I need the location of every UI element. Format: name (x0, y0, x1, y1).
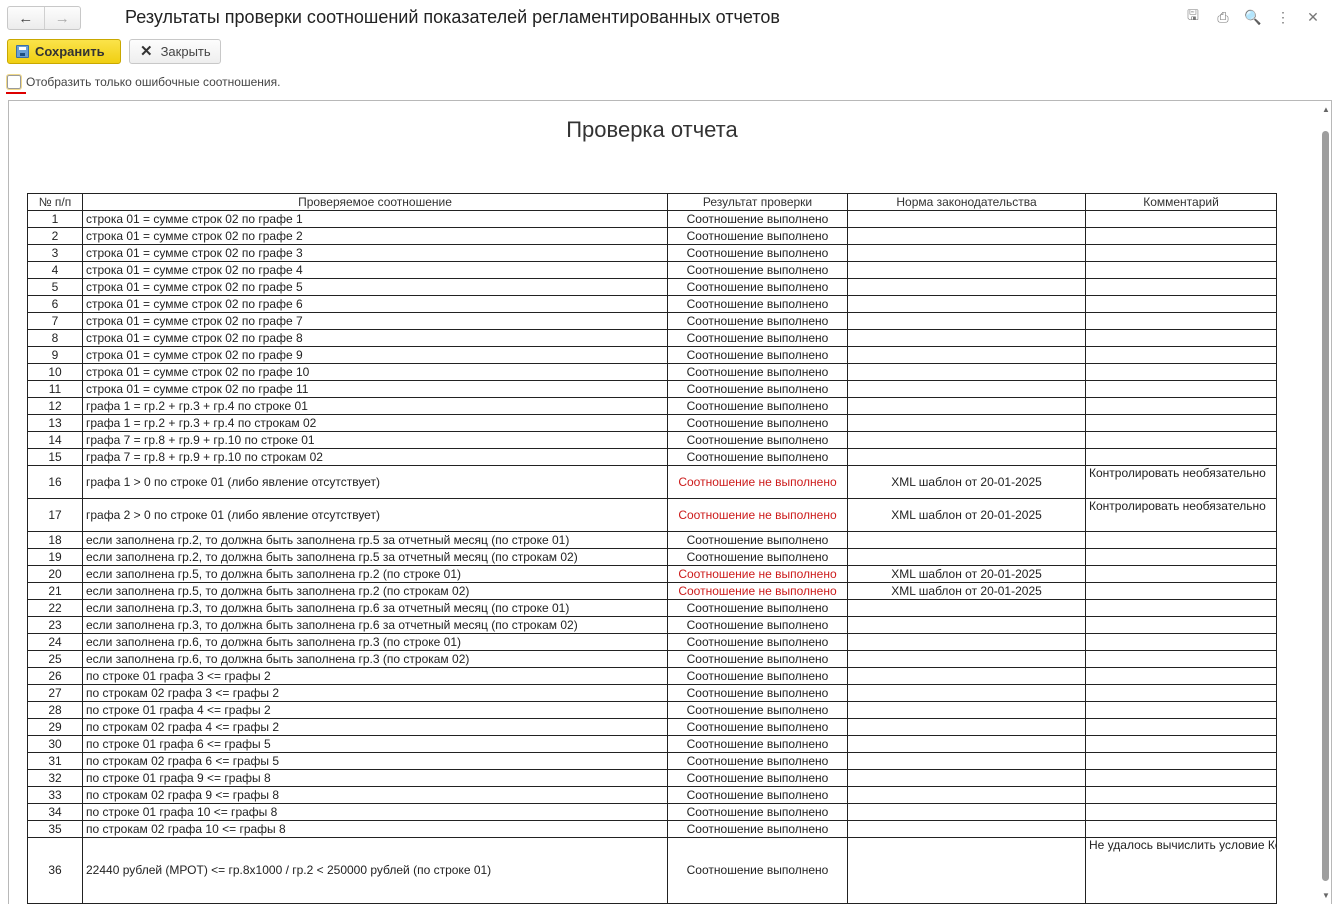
row-relation: если заполнена гр.3, то должна быть запо… (83, 600, 668, 617)
row-norm (848, 702, 1086, 719)
row-comment (1086, 719, 1277, 736)
row-result: Соотношение выполнено (668, 787, 848, 804)
table-row: 20если заполнена гр.5, то должна быть за… (28, 566, 1277, 583)
row-relation: если заполнена гр.6, то должна быть запо… (83, 634, 668, 651)
col-header-number: № п/п (28, 194, 83, 211)
table-row: 25если заполнена гр.6, то должна быть за… (28, 651, 1277, 668)
row-result: Соотношение выполнено (668, 432, 848, 449)
row-comment (1086, 668, 1277, 685)
table-row: 31по строкам 02 графа 6 <= графы 5Соотно… (28, 753, 1277, 770)
row-relation: строка 01 = сумме строк 02 по графе 5 (83, 279, 668, 296)
report-title: Проверка отчета (9, 117, 1295, 143)
row-norm (848, 313, 1086, 330)
row-comment (1086, 330, 1277, 347)
row-result: Соотношение выполнено (668, 685, 848, 702)
row-number: 4 (28, 262, 83, 279)
row-number: 30 (28, 736, 83, 753)
row-number: 12 (28, 398, 83, 415)
close-x-icon: ✕ (140, 44, 153, 59)
row-result: Соотношение выполнено (668, 330, 848, 347)
row-comment (1086, 381, 1277, 398)
row-norm (848, 753, 1086, 770)
row-relation: строка 01 = сумме строк 02 по графе 1 (83, 211, 668, 228)
row-comment (1086, 245, 1277, 262)
errors-only-label[interactable]: Отобразить только ошибочные соотношения. (26, 75, 280, 89)
row-result: Соотношение выполнено (668, 228, 848, 245)
row-result: Соотношение выполнено (668, 313, 848, 330)
row-number: 27 (28, 685, 83, 702)
checks-table: № п/п Проверяемое соотношение Результат … (27, 193, 1277, 904)
row-number: 28 (28, 702, 83, 719)
row-result: Соотношение не выполнено (668, 466, 848, 499)
row-number: 6 (28, 296, 83, 313)
table-row: 34по строке 01 графа 10 <= графы 8Соотно… (28, 804, 1277, 821)
row-norm (848, 449, 1086, 466)
row-result: Соотношение не выполнено (668, 566, 848, 583)
row-result: Соотношение выполнено (668, 617, 848, 634)
more-icon[interactable]: ⋮ (1268, 8, 1298, 26)
table-row: 16графа 1 > 0 по строке 01 (либо явление… (28, 466, 1277, 499)
table-row: 27по строкам 02 графа 3 <= графы 2Соотно… (28, 685, 1277, 702)
row-number: 17 (28, 499, 83, 532)
row-number: 14 (28, 432, 83, 449)
row-number: 13 (28, 415, 83, 432)
row-result: Соотношение выполнено (668, 381, 848, 398)
row-norm (848, 821, 1086, 838)
row-norm (848, 381, 1086, 398)
row-comment: Контролировать необязательно (1086, 499, 1277, 532)
table-row: 24если заполнена гр.6, то должна быть за… (28, 634, 1277, 651)
row-comment (1086, 313, 1277, 330)
table-row: 3строка 01 = сумме строк 02 по графе 3Со… (28, 245, 1277, 262)
row-result: Соотношение выполнено (668, 549, 848, 566)
table-row: 35по строкам 02 графа 10 <= графы 8Соотн… (28, 821, 1277, 838)
row-norm (848, 262, 1086, 279)
row-norm (848, 668, 1086, 685)
row-relation: строка 01 = сумме строк 02 по графе 4 (83, 262, 668, 279)
row-number: 16 (28, 466, 83, 499)
row-relation: по строке 01 графа 9 <= графы 8 (83, 770, 668, 787)
table-row: 7строка 01 = сумме строк 02 по графе 7Со… (28, 313, 1277, 330)
row-result: Соотношение выполнено (668, 364, 848, 381)
toolbar: Сохранить ✕ Закрыть (7, 39, 221, 64)
row-number: 24 (28, 634, 83, 651)
row-comment (1086, 617, 1277, 634)
report-document: Проверка отчета № п/п Проверяемое соотно… (8, 100, 1332, 904)
row-number: 23 (28, 617, 83, 634)
row-result: Соотношение выполнено (668, 262, 848, 279)
row-relation: 22440 рублей (МРОТ) <= гр.8x1000 / гр.2 … (83, 838, 668, 904)
row-number: 19 (28, 549, 83, 566)
row-number: 20 (28, 566, 83, 583)
row-result: Соотношение выполнено (668, 296, 848, 313)
row-number: 25 (28, 651, 83, 668)
row-relation: строка 01 = сумме строк 02 по графе 9 (83, 347, 668, 364)
col-header-norm: Норма законодательства (848, 194, 1086, 211)
row-relation: строка 01 = сумме строк 02 по графе 11 (83, 381, 668, 398)
row-relation: строка 01 = сумме строк 02 по графе 10 (83, 364, 668, 381)
row-norm (848, 296, 1086, 313)
row-norm (848, 617, 1086, 634)
table-header: № п/п Проверяемое соотношение Результат … (28, 194, 1277, 211)
table-row: 14графа 7 = гр.8 + гр.9 + гр.10 по строк… (28, 432, 1277, 449)
preview-icon[interactable]: 🔍 (1238, 8, 1268, 26)
row-norm (848, 549, 1086, 566)
row-result: Соотношение выполнено (668, 770, 848, 787)
row-result: Соотношение выполнено (668, 634, 848, 651)
table-row: 32по строке 01 графа 9 <= графы 8Соотнош… (28, 770, 1277, 787)
row-norm (848, 804, 1086, 821)
row-comment (1086, 364, 1277, 381)
row-norm (848, 245, 1086, 262)
row-comment (1086, 685, 1277, 702)
row-number: 8 (28, 330, 83, 347)
row-comment (1086, 770, 1277, 787)
window-actions: 🖫 ⎙ 🔍 ⋮ ✕ (1178, 8, 1328, 26)
row-number: 36 (28, 838, 83, 904)
col-header-result: Результат проверки (668, 194, 848, 211)
row-number: 11 (28, 381, 83, 398)
floppy-icon (16, 45, 29, 58)
row-number: 26 (28, 668, 83, 685)
row-comment (1086, 753, 1277, 770)
row-comment (1086, 804, 1277, 821)
row-result: Соотношение выполнено (668, 245, 848, 262)
row-result: Соотношение выполнено (668, 398, 848, 415)
row-norm (848, 228, 1086, 245)
row-comment (1086, 432, 1277, 449)
row-number: 3 (28, 245, 83, 262)
row-relation: если заполнена гр.3, то должна быть запо… (83, 617, 668, 634)
row-comment: Контролировать необязательно (1086, 466, 1277, 499)
table-row: 3622440 рублей (МРОТ) <= гр.8x1000 / гр.… (28, 838, 1277, 904)
table-row: 22если заполнена гр.3, то должна быть за… (28, 600, 1277, 617)
table-row: 30по строке 01 графа 6 <= графы 5Соотнош… (28, 736, 1277, 753)
row-comment (1086, 634, 1277, 651)
row-norm (848, 600, 1086, 617)
row-comment (1086, 549, 1277, 566)
row-comment (1086, 821, 1277, 838)
row-norm (848, 736, 1086, 753)
row-norm (848, 398, 1086, 415)
table-row: 28по строке 01 графа 4 <= графы 2Соотнош… (28, 702, 1277, 719)
row-number: 21 (28, 583, 83, 600)
row-comment (1086, 449, 1277, 466)
table-row: 33по строкам 02 графа 9 <= графы 8Соотно… (28, 787, 1277, 804)
row-result: Соотношение выполнено (668, 838, 848, 904)
row-comment (1086, 296, 1277, 313)
row-comment (1086, 415, 1277, 432)
row-norm (848, 211, 1086, 228)
row-number: 32 (28, 770, 83, 787)
row-result: Соотношение выполнено (668, 668, 848, 685)
row-norm (848, 770, 1086, 787)
row-result: Соотношение выполнено (668, 279, 848, 296)
row-norm: XML шаблон от 20-01-2025 (848, 566, 1086, 583)
row-relation: по строкам 02 графа 3 <= графы 2 (83, 685, 668, 702)
row-relation: по строкам 02 графа 10 <= графы 8 (83, 821, 668, 838)
row-norm (848, 330, 1086, 347)
col-header-comment: Комментарий (1086, 194, 1277, 211)
row-result: Соотношение выполнено (668, 753, 848, 770)
row-comment (1086, 583, 1277, 600)
row-norm: XML шаблон от 20-01-2025 (848, 466, 1086, 499)
row-relation: по строкам 02 графа 6 <= графы 5 (83, 753, 668, 770)
print-icon[interactable]: ⎙ (1208, 8, 1238, 26)
row-relation: если заполнена гр.2, то должна быть запо… (83, 532, 668, 549)
row-relation: если заполнена гр.2, то должна быть запо… (83, 549, 668, 566)
row-comment (1086, 262, 1277, 279)
row-norm: XML шаблон от 20-01-2025 (848, 499, 1086, 532)
errors-only-checkbox[interactable] (7, 75, 21, 89)
close-icon[interactable]: ✕ (1298, 8, 1328, 26)
row-relation: по строкам 02 графа 9 <= графы 8 (83, 787, 668, 804)
row-norm (848, 279, 1086, 296)
save-button[interactable]: Сохранить (7, 39, 121, 64)
row-comment (1086, 228, 1277, 245)
row-relation: если заполнена гр.5, то должна быть запо… (83, 583, 668, 600)
table-row: 19если заполнена гр.2, то должна быть за… (28, 549, 1277, 566)
table-body: 1строка 01 = сумме строк 02 по графе 1Со… (28, 211, 1277, 904)
row-relation: графа 1 = гр.2 + гр.3 + гр.4 по строкам … (83, 415, 668, 432)
row-result: Соотношение выполнено (668, 651, 848, 668)
row-number: 9 (28, 347, 83, 364)
close-button-label: Закрыть (161, 44, 211, 59)
row-number: 7 (28, 313, 83, 330)
row-norm (848, 364, 1086, 381)
row-result: Соотношение выполнено (668, 600, 848, 617)
row-relation: по строке 01 графа 3 <= графы 2 (83, 668, 668, 685)
table-row: 5строка 01 = сумме строк 02 по графе 5Со… (28, 279, 1277, 296)
row-norm (848, 347, 1086, 364)
row-norm (848, 415, 1086, 432)
row-comment (1086, 279, 1277, 296)
nav-buttons: ← → (7, 6, 81, 30)
table-row: 2строка 01 = сумме строк 02 по графе 2Со… (28, 228, 1277, 245)
row-norm (848, 719, 1086, 736)
row-number: 5 (28, 279, 83, 296)
row-relation: по строке 01 графа 4 <= графы 2 (83, 702, 668, 719)
row-result: Соотношение выполнено (668, 719, 848, 736)
row-result: Соотношение выполнено (668, 415, 848, 432)
row-relation: строка 01 = сумме строк 02 по графе 6 (83, 296, 668, 313)
row-number: 31 (28, 753, 83, 770)
table-row: 8строка 01 = сумме строк 02 по графе 8Со… (28, 330, 1277, 347)
table-row: 17графа 2 > 0 по строке 01 (либо явление… (28, 499, 1277, 532)
row-number: 35 (28, 821, 83, 838)
row-norm (848, 651, 1086, 668)
row-result: Соотношение выполнено (668, 449, 848, 466)
table-row: 9строка 01 = сумме строк 02 по графе 9Со… (28, 347, 1277, 364)
row-norm (848, 532, 1086, 549)
col-header-relation: Проверяемое соотношение (83, 194, 668, 211)
row-comment (1086, 651, 1277, 668)
row-result: Соотношение выполнено (668, 821, 848, 838)
row-norm: XML шаблон от 20-01-2025 (848, 583, 1086, 600)
scroll-thumb[interactable] (1322, 131, 1329, 881)
row-relation: графа 2 > 0 по строке 01 (либо явление о… (83, 499, 668, 532)
table-row: 1строка 01 = сумме строк 02 по графе 1Со… (28, 211, 1277, 228)
row-norm (848, 838, 1086, 904)
row-number: 29 (28, 719, 83, 736)
errors-only-filter: Отобразить только ошибочные соотношения. (7, 75, 280, 89)
row-relation: графа 7 = гр.8 + гр.9 + гр.10 по строке … (83, 432, 668, 449)
row-comment (1086, 398, 1277, 415)
row-comment: Не удалось вычислить условие Контролиров… (1086, 838, 1277, 904)
row-comment (1086, 347, 1277, 364)
table-row: 6строка 01 = сумме строк 02 по графе 6Со… (28, 296, 1277, 313)
row-number: 18 (28, 532, 83, 549)
row-result: Соотношение выполнено (668, 532, 848, 549)
row-result: Соотношение выполнено (668, 211, 848, 228)
row-number: 2 (28, 228, 83, 245)
row-relation: графа 7 = гр.8 + гр.9 + гр.10 по строкам… (83, 449, 668, 466)
forward-icon[interactable]: → (44, 7, 81, 29)
table-row: 13графа 1 = гр.2 + гр.3 + гр.4 по строка… (28, 415, 1277, 432)
scroll-up-icon[interactable]: ▲ (1321, 105, 1331, 114)
row-comment (1086, 532, 1277, 549)
row-number: 15 (28, 449, 83, 466)
row-norm (848, 432, 1086, 449)
row-comment (1086, 211, 1277, 228)
save-icon[interactable]: 🖫 (1178, 8, 1208, 26)
table-row: 29по строкам 02 графа 4 <= графы 2Соотно… (28, 719, 1277, 736)
row-relation: если заполнена гр.5, то должна быть запо… (83, 566, 668, 583)
row-comment (1086, 736, 1277, 753)
row-number: 22 (28, 600, 83, 617)
scroll-down-icon[interactable]: ▼ (1321, 891, 1331, 900)
table-row: 11строка 01 = сумме строк 02 по графе 11… (28, 381, 1277, 398)
vertical-scrollbar[interactable]: ▲ ▼ (1319, 101, 1332, 904)
table-row: 4строка 01 = сумме строк 02 по графе 4Со… (28, 262, 1277, 279)
checkbox-focus-underline (6, 92, 26, 94)
row-comment (1086, 702, 1277, 719)
row-result: Соотношение выполнено (668, 702, 848, 719)
row-result: Соотношение не выполнено (668, 583, 848, 600)
row-result: Соотношение выполнено (668, 347, 848, 364)
row-number: 1 (28, 211, 83, 228)
row-comment (1086, 600, 1277, 617)
row-comment (1086, 566, 1277, 583)
row-comment (1086, 787, 1277, 804)
row-relation: по строкам 02 графа 4 <= графы 2 (83, 719, 668, 736)
table-row: 21если заполнена гр.5, то должна быть за… (28, 583, 1277, 600)
row-result: Соотношение не выполнено (668, 499, 848, 532)
table-row: 15графа 7 = гр.8 + гр.9 + гр.10 по строк… (28, 449, 1277, 466)
row-norm (848, 634, 1086, 651)
row-norm (848, 787, 1086, 804)
row-norm (848, 685, 1086, 702)
row-number: 10 (28, 364, 83, 381)
row-number: 33 (28, 787, 83, 804)
row-relation: если заполнена гр.6, то должна быть запо… (83, 651, 668, 668)
back-icon[interactable]: ← (8, 7, 44, 29)
row-relation: строка 01 = сумме строк 02 по графе 8 (83, 330, 668, 347)
table-row: 23если заполнена гр.3, то должна быть за… (28, 617, 1277, 634)
table-row: 12графа 1 = гр.2 + гр.3 + гр.4 по строке… (28, 398, 1277, 415)
row-number: 34 (28, 804, 83, 821)
table-row: 18если заполнена гр.2, то должна быть за… (28, 532, 1277, 549)
window-title: Результаты проверки соотношений показате… (125, 7, 780, 28)
row-relation: графа 1 > 0 по строке 01 (либо явление о… (83, 466, 668, 499)
row-result: Соотношение выполнено (668, 736, 848, 753)
row-result: Соотношение выполнено (668, 804, 848, 821)
table-row: 10строка 01 = сумме строк 02 по графе 10… (28, 364, 1277, 381)
row-relation: по строке 01 графа 6 <= графы 5 (83, 736, 668, 753)
row-relation: графа 1 = гр.2 + гр.3 + гр.4 по строке 0… (83, 398, 668, 415)
row-relation: по строке 01 графа 10 <= графы 8 (83, 804, 668, 821)
table-row: 26по строке 01 графа 3 <= графы 2Соотнош… (28, 668, 1277, 685)
close-button[interactable]: ✕ Закрыть (129, 39, 221, 64)
row-relation: строка 01 = сумме строк 02 по графе 2 (83, 228, 668, 245)
row-relation: строка 01 = сумме строк 02 по графе 7 (83, 313, 668, 330)
row-relation: строка 01 = сумме строк 02 по графе 3 (83, 245, 668, 262)
save-button-label: Сохранить (35, 44, 105, 59)
